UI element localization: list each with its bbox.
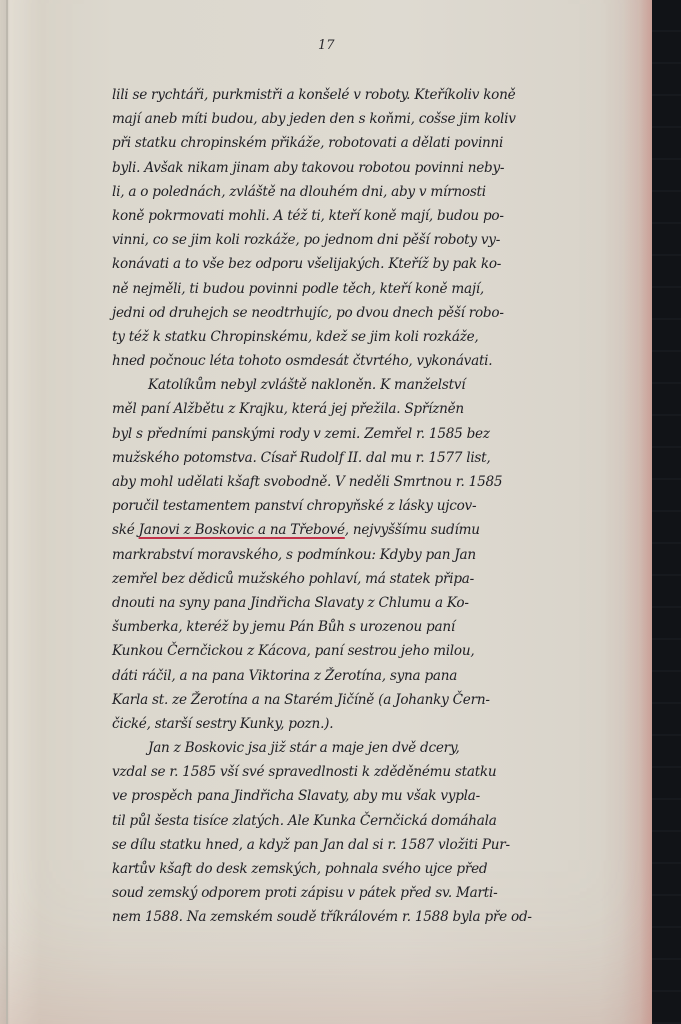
- text-line: nem 1588. Na zemském soudě tříkrálovém r…: [112, 905, 657, 929]
- text-line: soud zemský odporem proti zápisu v pátek…: [112, 881, 657, 905]
- text-line: Karla st. ze Žerotína a na Starém Jičíně…: [112, 688, 657, 712]
- text-line: zemřel bez dědiců mužského pohlaví, má s…: [112, 567, 657, 591]
- text-line: vzdal se r. 1585 vší své spravedlnosti k…: [112, 760, 657, 784]
- text-line: měl paní Alžbětu z Krajku, která jej pře…: [112, 397, 657, 421]
- text-line: hned počnouc léta tohoto osmdesát čtvrté…: [112, 349, 657, 373]
- text-line: dáti ráčil, a na pana Viktorina z Žerotí…: [112, 664, 657, 688]
- text-line: Kunkou Černčickou z Kácova, paní sestrou…: [112, 639, 657, 663]
- paragraph-2: Katolíkům nebyl zvláště nakloněn. K manž…: [112, 373, 657, 736]
- text-line: vinni, co se jim koli rozkáže, po jednom…: [112, 228, 657, 252]
- text-line: při statku chropinském přikáže, robotova…: [112, 131, 657, 155]
- text-line: mužského potomstva. Císař Rudolf II. dal…: [112, 446, 657, 470]
- text-line: aby mohl udělati kšaft svobodně. V neděl…: [112, 470, 657, 494]
- text-line: jedni od druhejch se neodtrhujíc, po dvo…: [112, 301, 657, 325]
- red-underlined-name: Janovi z Boskovic a na Třebové: [139, 522, 345, 538]
- text-line: byl s předními panskými rody v zemi. Zem…: [112, 422, 657, 446]
- paragraph-3: Jan z Boskovic jsa již stár a maje jen d…: [112, 736, 657, 930]
- text-line-with-underline: ské Janovi z Boskovic a na Třebové, nejv…: [112, 518, 657, 542]
- scanned-page-photo: 17 lili se rychtáři, purkmistři a konšel…: [0, 0, 681, 1024]
- text-line: ve prospěch pana Jindřicha Slavaty, aby …: [112, 784, 657, 808]
- text-line: lili se rychtáři, purkmistři a konšelé v…: [112, 83, 657, 107]
- manuscript-page: 17 lili se rychtáři, purkmistři a konšel…: [0, 0, 652, 1024]
- text-fragment: ské: [112, 522, 139, 538]
- text-line: ně nejměli, ti budou povinni podle těch,…: [112, 277, 657, 301]
- text-line: Jan z Boskovic jsa již stár a maje jen d…: [112, 736, 657, 760]
- text-line: kartův kšaft do desk zemských, pohnala s…: [112, 857, 657, 881]
- text-line: se dílu statku hned, a když pan Jan dal …: [112, 833, 657, 857]
- text-line: ty též k statku Chropinskému, kdež se ji…: [112, 325, 657, 349]
- text-line: Katolíkům nebyl zvláště nakloněn. K manž…: [112, 373, 657, 397]
- text-line: byli. Avšak nikam jinam aby takovou robo…: [112, 156, 657, 180]
- paragraph-1: lili se rychtáři, purkmistři a konšelé v…: [112, 83, 657, 373]
- text-line: til půl šesta tisíce zlatých. Ale Kunka …: [112, 809, 657, 833]
- text-line: markrabství moravského, s podmínkou: Kdy…: [112, 543, 657, 567]
- text-line: dnouti na syny pana Jindřicha Slavaty z …: [112, 591, 657, 615]
- page-number: 17: [318, 38, 335, 53]
- text-line: šumberka, kteréž by jemu Pán Bůh s uroze…: [112, 615, 657, 639]
- text-line: li, a o polednách, zvláště na dlouhém dn…: [112, 180, 657, 204]
- text-fragment: , nejvyššímu sudímu: [345, 522, 480, 538]
- text-line: koně pokrmovati mohli. A též ti, kteří k…: [112, 204, 657, 228]
- dark-background-edge: [652, 0, 681, 1024]
- text-line: poručil testamentem panství chropyňské z…: [112, 494, 657, 518]
- text-line: konávati a to vše bez odporu všelijakých…: [112, 252, 657, 276]
- text-line: mají aneb míti budou, aby jeden den s ko…: [112, 107, 657, 131]
- text-line: čické, starší sestry Kunky, pozn.).: [112, 712, 657, 736]
- handwritten-text-body: lili se rychtáři, purkmistři a konšelé v…: [112, 83, 657, 930]
